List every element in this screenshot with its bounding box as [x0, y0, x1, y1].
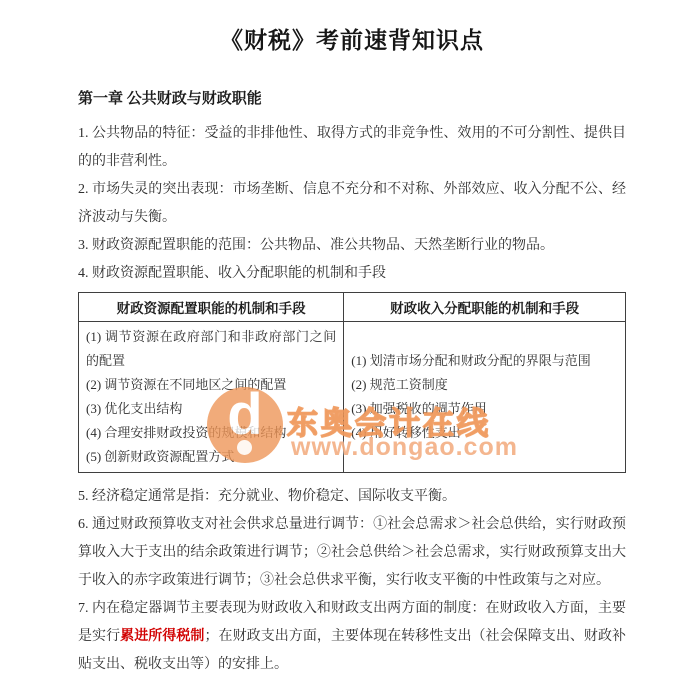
table-body-row: (1) 调节资源在政府部门和非政府部门之间的配置 (2) 调节资源在不同地区之间… — [79, 322, 626, 473]
paragraph-1: 1. 公共物品的特征：受益的非排他性、取得方式的非竞争性、效用的不可分割性、提供… — [78, 120, 626, 176]
table-item: (3) 优化支出结构 — [86, 397, 336, 421]
table-item: (4) 合理安排财政投资的规模和结构 — [86, 421, 336, 445]
chapter-heading: 第一章 公共财政与财政职能 — [78, 87, 626, 108]
table-header-resource-allocation: 财政资源配置职能的机制和手段 — [79, 293, 344, 322]
table-header-row: 财政资源配置职能的机制和手段 财政收入分配职能的机制和手段 — [79, 293, 626, 322]
table-item: (4) 用好转移性支出 — [351, 421, 618, 445]
table-item: (2) 调节资源在不同地区之间的配置 — [86, 373, 336, 397]
table-item: (2) 规范工资制度 — [351, 373, 618, 397]
table-cell-resource-allocation: (1) 调节资源在政府部门和非政府部门之间的配置 (2) 调节资源在不同地区之间… — [79, 322, 344, 473]
paragraph-5: 5. 经济稳定通常是指：充分就业、物价稳定、国际收支平衡。 — [78, 483, 626, 511]
highlighted-term-progressive-income-tax: 累进所得税制 — [120, 629, 204, 644]
document-content: 《财税》考前速背知识点 第一章 公共财政与财政职能 1. 公共物品的特征：受益的… — [0, 0, 700, 677]
page-title: 《财税》考前速背知识点 — [78, 22, 626, 55]
paragraph-4: 4. 财政资源配置职能、收入分配职能的机制和手段 — [78, 260, 626, 288]
paragraph-2: 2. 市场失灵的突出表现：市场垄断、信息不充分和不对称、外部效应、收入分配不公、… — [78, 176, 626, 232]
document-page: 《财税》考前速背知识点 第一章 公共财政与财政职能 1. 公共物品的特征：受益的… — [0, 0, 700, 677]
table-item: (1) 划清市场分配和财政分配的界限与范围 — [351, 349, 618, 373]
fiscal-functions-table: 财政资源配置职能的机制和手段 财政收入分配职能的机制和手段 (1) 调节资源在政… — [78, 292, 626, 473]
paragraph-3: 3. 财政资源配置职能的范围：公共物品、准公共物品、天然垄断行业的物品。 — [78, 232, 626, 260]
paragraph-6: 6. 通过财政预算收支对社会供求总量进行调节：①社会总需求＞社会总供给，实行财政… — [78, 511, 626, 595]
table-item: (3) 加强税收的调节作用 — [351, 397, 618, 421]
paragraph-7: 7. 内在稳定器调节主要表现为财政收入和财政支出两方面的制度：在财政收入方面，主… — [78, 595, 626, 677]
table-header-income-distribution: 财政收入分配职能的机制和手段 — [344, 293, 626, 322]
table-item: (5) 创新财政资源配置方式 — [86, 445, 336, 469]
table-item: (1) 调节资源在政府部门和非政府部门之间的配置 — [86, 325, 336, 373]
table-cell-income-distribution: (1) 划清市场分配和财政分配的界限与范围 (2) 规范工资制度 (3) 加强税… — [344, 322, 626, 473]
